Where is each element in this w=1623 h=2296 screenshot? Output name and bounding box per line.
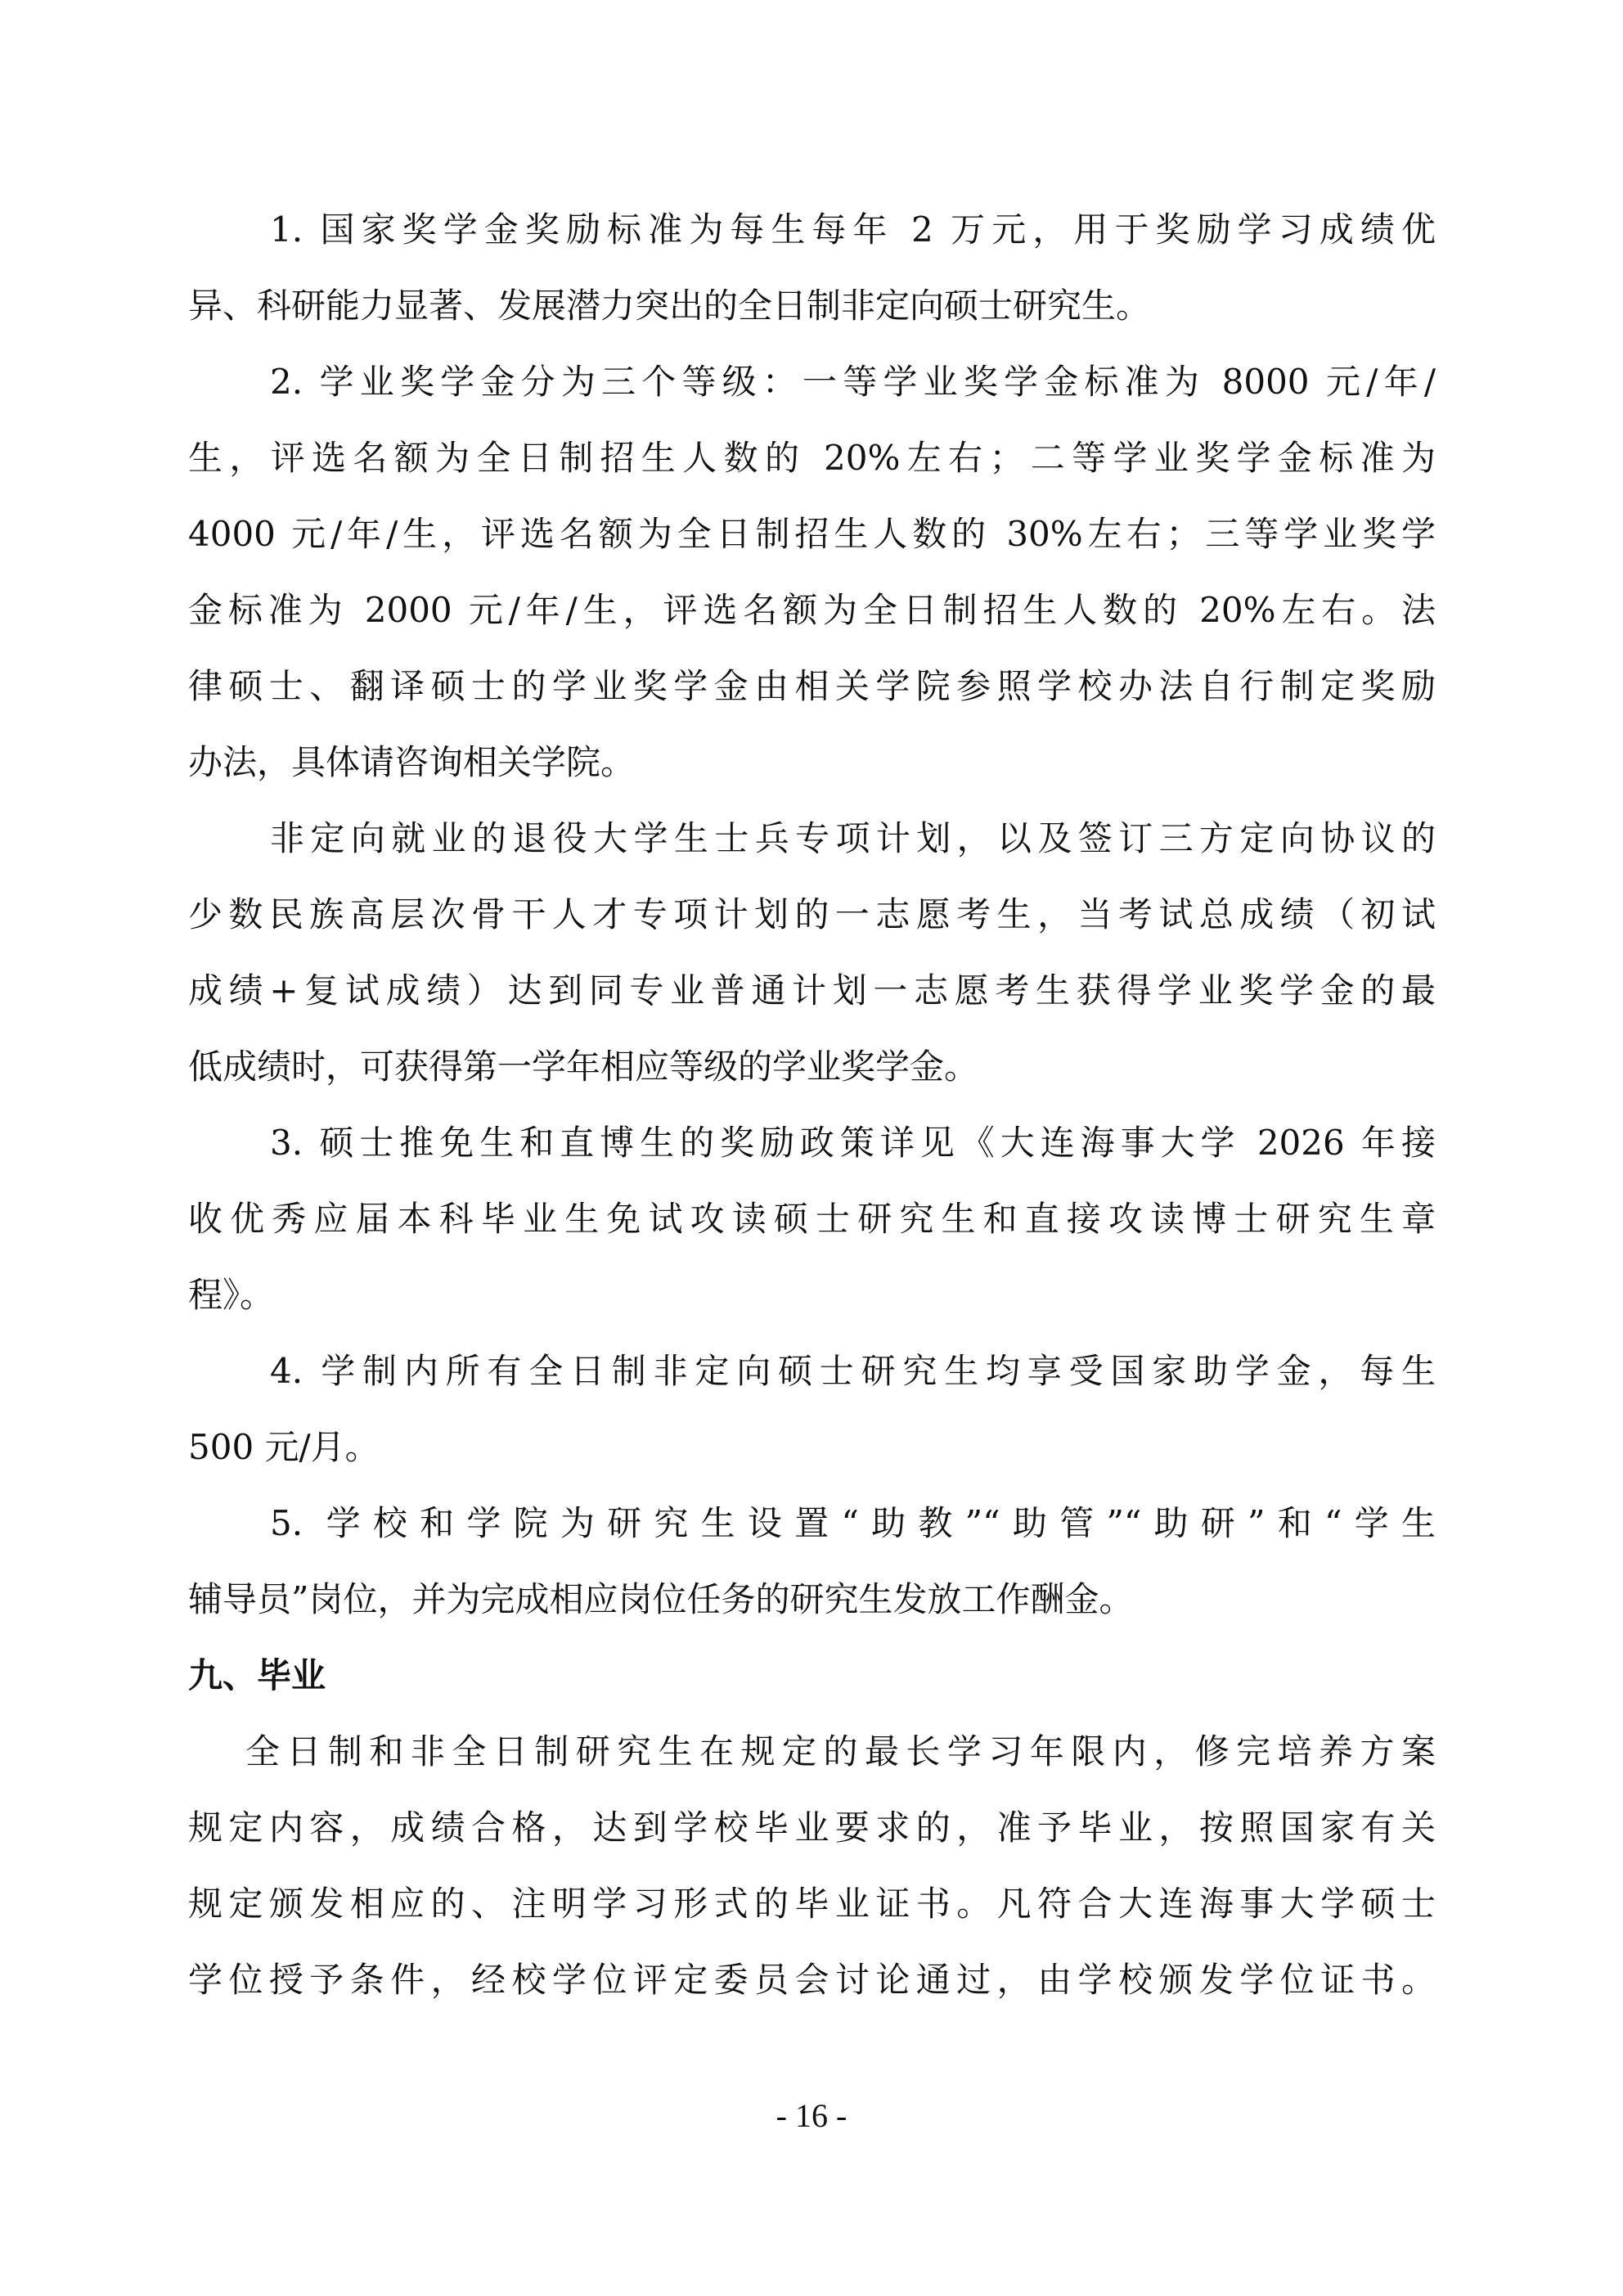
document-page: 1. 国家奖学金奖励标准为每生每年 2 万元，用于奖励学习成绩优 异、科研能力显… [0,0,1623,2296]
body-text: 1. 国家奖学金奖励标准为每生每年 2 万元，用于奖励学习成绩优 异、科研能力显… [188,191,1436,2018]
item4-line-1: 4. 学制内所有全日制非定向硕士研究生均享受国家助学金，每生 [188,1333,1436,1409]
graduation-line-4: 学位授予条件，经校学位评定委员会讨论通过，由学校颁发学位证书。 [188,1942,1436,2018]
item3-line-1: 3. 硕士推免生和直博生的奖励政策详见《大连海事大学 2026 年接 [188,1105,1436,1181]
item5-line-1: 5. 学校和学院为研究生设置“助教”“助管”“助研”和“学生 [188,1485,1436,1561]
item2-line-2: 生，评选名额为全日制招生人数的 20%左右；二等学业奖学金标准为 [188,420,1436,496]
item4-line-2: 500 元/月。 [188,1409,1436,1485]
special-plan-line-4: 低成绩时，可获得第一学年相应等级的学业奖学金。 [188,1029,1436,1105]
item5-line-2: 辅导员”岗位，并为完成相应岗位任务的研究生发放工作酬金。 [188,1561,1436,1637]
special-plan-line-2: 少数民族高层次骨干人才专项计划的一志愿考生，当考试总成绩（初试 [188,876,1436,952]
graduation-line-1: 全日制和非全日制研究生在规定的最长学习年限内，修完培养方案 [188,1713,1436,1790]
item2-line-4: 金标准为 2000 元/年/生，评选名额为全日制招生人数的 20%左右。法 [188,572,1436,648]
special-plan-line-3: 成绩+复试成绩）达到同专业普通计划一志愿考生获得学业奖学金的最 [188,952,1436,1029]
item3-line-2: 收优秀应届本科毕业生免试攻读硕士研究生和直接攻读博士研究生章 [188,1181,1436,1257]
item3-line-3: 程》。 [188,1257,1436,1333]
item1-line-2: 异、科研能力显著、发展潜力突出的全日制非定向硕士研究生。 [188,268,1436,344]
graduation-line-2: 规定内容，成绩合格，达到学校毕业要求的，准予毕业，按照国家有关 [188,1790,1436,1866]
section-heading-graduation: 九、毕业 [188,1637,1436,1713]
item2-line-6: 办法，具体请咨询相关学院。 [188,724,1436,800]
item2-line-1: 2. 学业奖学金分为三个等级：一等学业奖学金标准为 8000 元/年/ [188,344,1436,420]
graduation-line-3: 规定颁发相应的、注明学习形式的毕业证书。凡符合大连海事大学硕士 [188,1866,1436,1942]
item1-line-1: 1. 国家奖学金奖励标准为每生每年 2 万元，用于奖励学习成绩优 [188,191,1436,268]
page-number: - 16 - [0,2096,1623,2135]
special-plan-line-1: 非定向就业的退役大学生士兵专项计划，以及签订三方定向协议的 [188,800,1436,876]
item2-line-3: 4000 元/年/生，评选名额为全日制招生人数的 30%左右；三等学业奖学 [188,496,1436,572]
item2-line-5: 律硕士、翻译硕士的学业奖学金由相关学院参照学校办法自行制定奖励 [188,648,1436,724]
